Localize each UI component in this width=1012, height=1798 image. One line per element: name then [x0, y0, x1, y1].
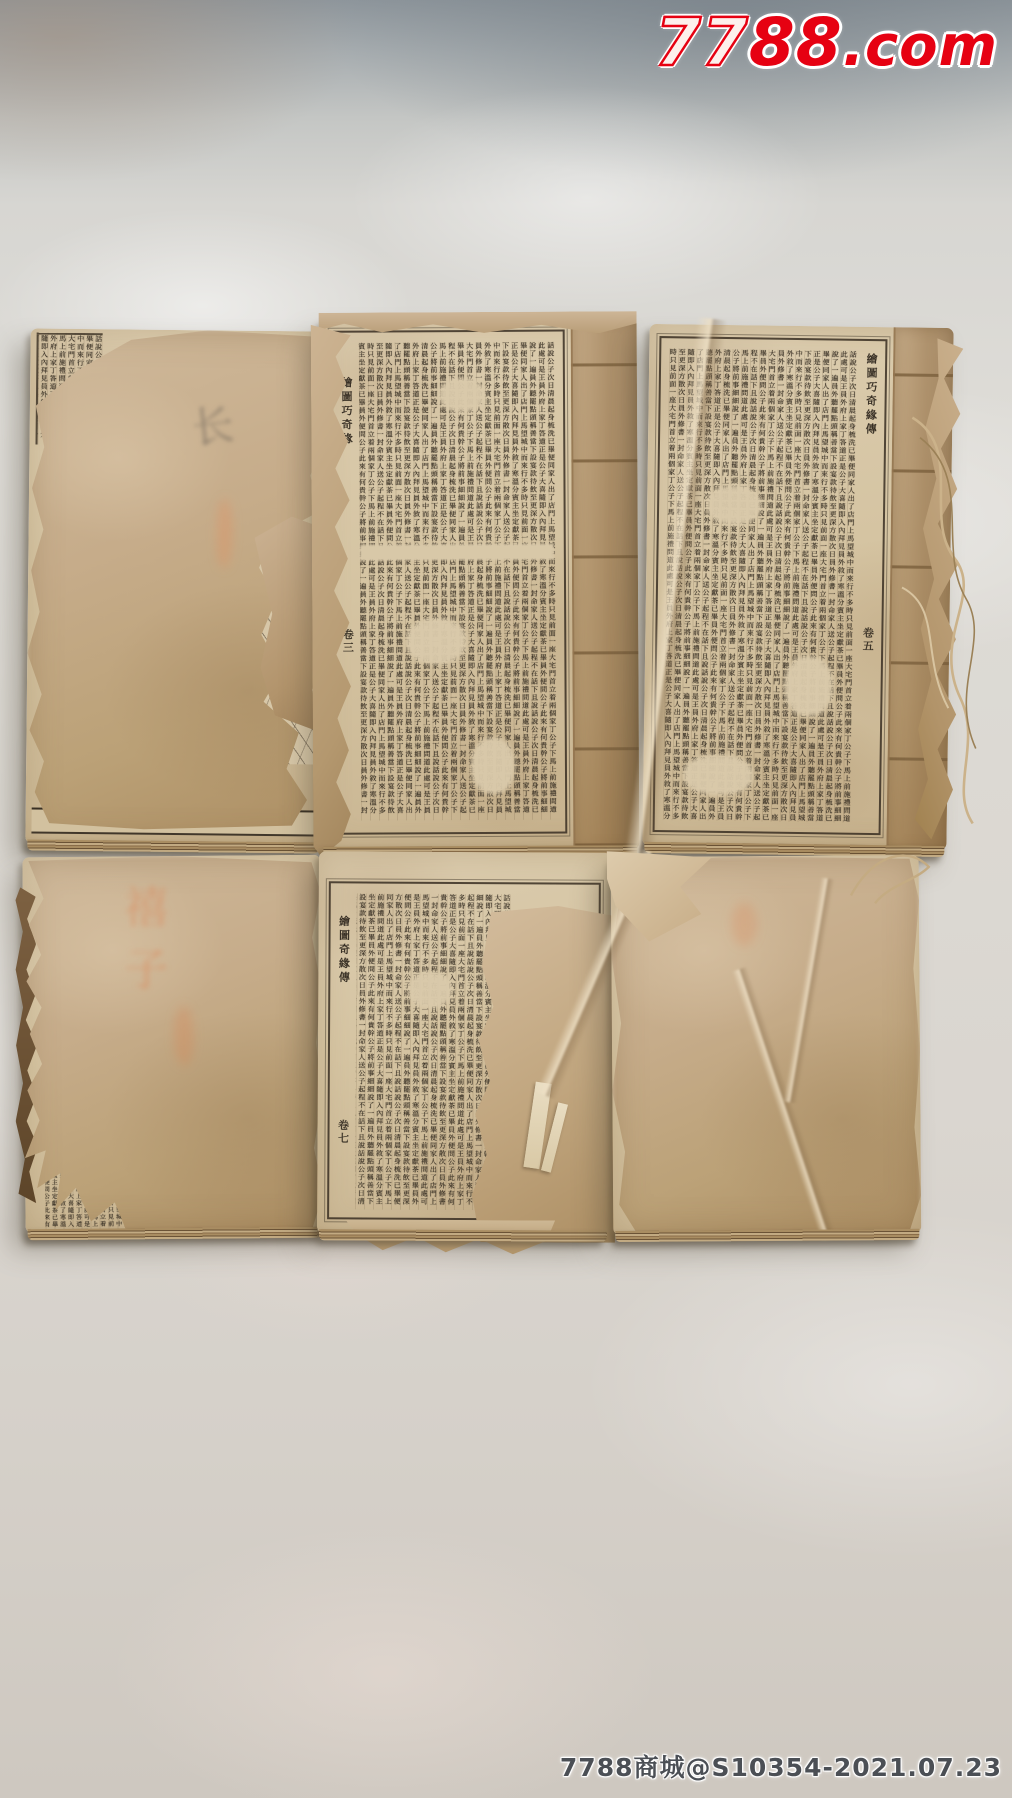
- book-top-middle: 話說公子次日清晨起身梳洗已畢便同家人出了店門上馬望城中而來行不多時只見前面一座大…: [319, 317, 640, 851]
- printed-text-columns: 話說公子次日清晨起身梳洗已畢便同家人出了店門上馬望城中而來行不多時只見前面一座大…: [359, 342, 558, 821]
- volume-label: 卷七: [334, 1119, 350, 1171]
- logo-text-com: .com: [843, 14, 998, 79]
- book-top-left: 話說公子次日清晨起身梳洗已畢便同家人出了店門上馬望城中而來行不多時只見前面一座大…: [25, 328, 326, 846]
- book-bottom-right: [611, 855, 922, 1235]
- volume-label: 卷五: [859, 627, 876, 683]
- worn-patch: [784, 656, 833, 717]
- site-logo-watermark: 7788.com: [655, 4, 998, 81]
- logo-text-77: 77: [655, 4, 749, 81]
- faint-red-mark: 禧子: [109, 884, 175, 1075]
- book-bottom-left: 話說公子次日清晨起身梳洗已畢便同家人出了店門上馬望城中而來行不多時只見前面一座大…: [22, 855, 323, 1234]
- page-edge-stack: [615, 1229, 919, 1242]
- faint-ink-mark: 长: [178, 401, 242, 449]
- worn-patch: [471, 738, 515, 794]
- book-top-right: 話說公子次日清晨起身梳洗已畢便同家人出了店門上馬望城中而來行不多時只見前面一座大…: [642, 324, 953, 850]
- faint-red-smudge: [174, 1006, 195, 1066]
- logo-text-88: 88: [749, 4, 843, 81]
- margin-title: 繪圖奇緣傳: [335, 915, 352, 1085]
- binding-thread: [889, 407, 1012, 829]
- worn-patch: [439, 378, 485, 412]
- binding-spine: [571, 317, 640, 849]
- store-id-watermark: 7788商城@S10354-2021.07.23: [560, 1748, 1002, 1784]
- worn-patch: [406, 618, 466, 664]
- worn-patch: [707, 485, 762, 526]
- worn-patch: [683, 754, 754, 795]
- worn-patch: [408, 972, 452, 1008]
- binding-thread: [845, 841, 935, 912]
- page-edge-stack: [319, 1229, 607, 1242]
- blank-band: [360, 544, 554, 561]
- faint-red-smudge: [731, 902, 757, 946]
